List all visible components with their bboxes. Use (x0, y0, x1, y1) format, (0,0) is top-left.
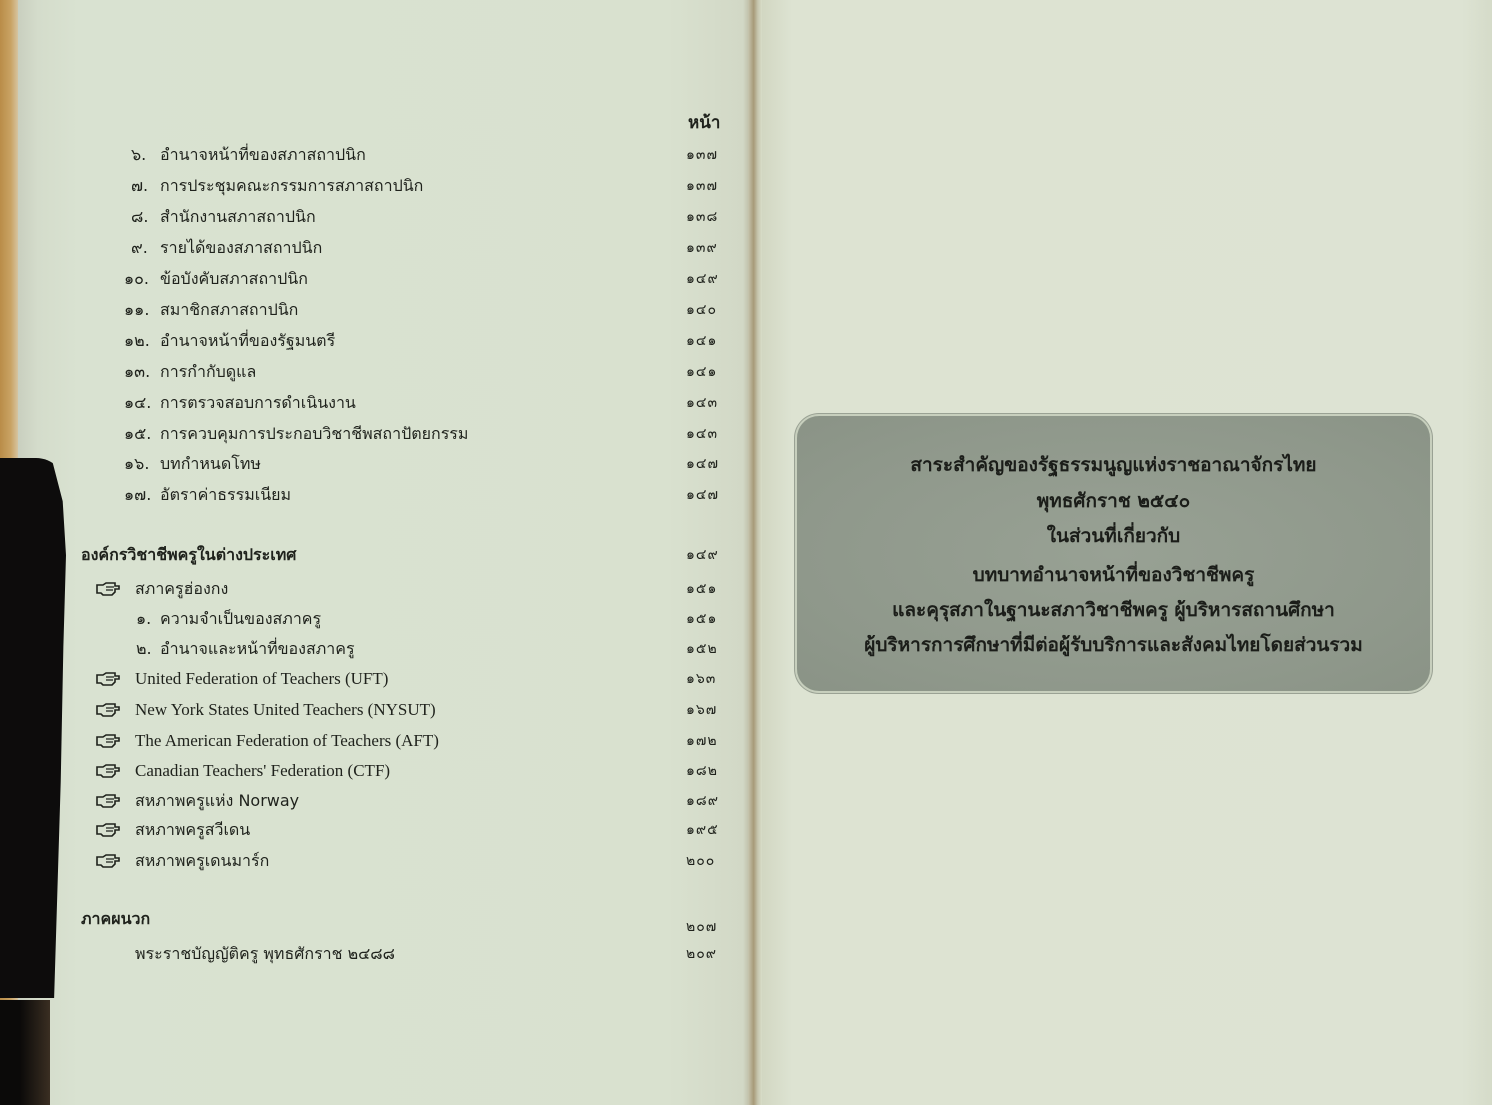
entry-number: ๑๖. (124, 451, 149, 477)
toc-entry: The American Federation of Teachers (AFT… (0, 728, 752, 754)
entry-number: ๗. (131, 173, 148, 199)
toc-entry: สหภาพครูสวีเดน ๑๙๕ (0, 817, 752, 843)
entry-number: ๑๓. (124, 359, 150, 385)
toc-entry: ๑๔. การตรวจสอบการดำเนินงาน ๑๔๓ (0, 390, 752, 416)
pointing-hand-icon (96, 854, 120, 868)
entry-label: การตรวจสอบการดำเนินงาน (160, 390, 356, 416)
section-page: ๒๐๗ (686, 914, 717, 940)
entry-page: ๑๓๙ (686, 235, 718, 261)
entry-label: สภาครูฮ่องกง (135, 576, 228, 602)
entry-label: สหภาพครูเดนมาร์ก (135, 848, 269, 874)
entry-label: United Federation of Teachers (UFT) (135, 666, 388, 692)
entry-label: พระราชบัญญัติครู พุทธศักราช ๒๔๘๘ (135, 941, 395, 967)
entry-page: ๑๓๗ (686, 173, 718, 199)
toc-entry: United Federation of Teachers (UFT) ๑๖๓ (0, 666, 752, 692)
entry-page: ๒๐๙ (686, 941, 717, 967)
entry-page: ๑๖๓ (686, 666, 716, 692)
entry-number: ๑๐. (124, 266, 149, 292)
entry-page: ๑๓๘ (686, 204, 718, 230)
section-page: ๑๔๙ (686, 542, 719, 568)
entry-label: อำนาจหน้าที่ของสภาสถาปนิก (160, 142, 366, 168)
toc-entry: พระราชบัญญัติครู พุทธศักราช ๒๔๘๘ ๒๐๙ (0, 941, 752, 967)
entry-label: สำนักงานสภาสถาปนิก (160, 204, 316, 230)
toc-entry: ๗. การประชุมคณะกรรมการสภาสถาปนิก ๑๓๗ (0, 173, 752, 199)
entry-page: ๑๔๙ (686, 266, 719, 292)
entry-number: ๘. (131, 204, 148, 230)
entry-page: ๑๖๗ (686, 697, 717, 723)
title-line-2: พุทธศักราช ๒๕๔๐ (797, 486, 1430, 516)
entry-label: ข้อบังคับสภาสถาปนิก (160, 266, 308, 292)
toc-entry: สหภาพครูแห่ง Norway ๑๘๙ (0, 788, 752, 814)
entry-page: ๑๔๗ (686, 451, 719, 477)
entry-number: ๙. (131, 235, 148, 261)
entry-page: ๑๘๒ (686, 758, 718, 784)
entry-label: รายได้ของสภาสถาปนิก (160, 235, 322, 261)
toc-entry: ๑. ความจำเป็นของสภาครู ๑๕๑ (0, 606, 752, 632)
toc-entry: New York States United Teachers (NYSUT) … (0, 697, 752, 723)
entry-page: ๑๘๙ (686, 788, 719, 814)
pointing-hand-icon (96, 582, 120, 596)
toc-entry: ๖. อำนาจหน้าที่ของสภาสถาปนิก ๑๓๗ (0, 142, 752, 168)
toc-entry: ๑๑. สมาชิกสภาสถาปนิก ๑๔๐ (0, 297, 752, 323)
toc-entry: สภาครูฮ่องกง ๑๕๑ (0, 576, 752, 602)
entry-label: การควบคุมการประกอบวิชาชีพสถาปัตยกรรม (160, 421, 468, 447)
title-line-1: สาระสำคัญของรัฐธรรมนูญแห่งราชอาณาจักรไทย (797, 450, 1430, 480)
entry-number: ๑. (136, 606, 151, 632)
entry-label: อัตราค่าธรรมเนียม (160, 482, 291, 508)
entry-label: สหภาพครูสวีเดน (135, 817, 250, 843)
toc-entry: ๑๒. อำนาจหน้าที่ของรัฐมนตรี ๑๔๑ (0, 328, 752, 354)
toc-entry: ๙. รายได้ของสภาสถาปนิก ๑๓๙ (0, 235, 752, 261)
entry-label: การกำกับดูแล (160, 359, 256, 385)
toc-entry: ๑๕. การควบคุมการประกอบวิชาชีพสถาปัตยกรรม… (0, 421, 752, 447)
entry-page: ๑๔๓ (686, 390, 718, 416)
title-box: สาระสำคัญของรัฐธรรมนูญแห่งราชอาณาจักรไทย… (797, 416, 1430, 691)
entry-number: ๒. (136, 636, 152, 662)
entry-page: ๑๕๒ (686, 636, 718, 662)
entry-page: ๒๐๐ (686, 848, 715, 874)
entry-number: ๑๔. (124, 390, 151, 416)
entry-label: บทกำหนดโทษ (160, 451, 261, 477)
entry-label: สมาชิกสภาสถาปนิก (160, 297, 298, 323)
title-line-6: ผู้บริหารการศึกษาที่มีต่อผู้รับบริการและ… (797, 630, 1430, 660)
entry-page: ๑๔๗ (686, 482, 719, 508)
title-line-4: บทบาทอำนาจหน้าที่ของวิชาชีพครู (797, 560, 1430, 590)
entry-page: ๑๔๑ (686, 359, 717, 385)
entry-label: New York States United Teachers (NYSUT) (135, 697, 436, 723)
title-line-3: ในส่วนที่เกี่ยวกับ (797, 521, 1430, 551)
section-title: องค์กรวิชาชีพครูในต่างประเทศ (81, 542, 296, 568)
entry-number: ๑๒. (124, 328, 150, 354)
page-column-header: หน้า (688, 109, 720, 136)
entry-page: ๑๕๑ (686, 576, 717, 602)
entry-label: การประชุมคณะกรรมการสภาสถาปนิก (160, 173, 423, 199)
toc-entry: ๒. อำนาจและหน้าที่ของสภาครู ๑๕๒ (0, 636, 752, 662)
entry-label: Canadian Teachers' Federation (CTF) (135, 758, 390, 784)
entry-label: อำนาจหน้าที่ของรัฐมนตรี (160, 328, 335, 354)
entry-label: The American Federation of Teachers (AFT… (135, 728, 439, 754)
entry-page: ๑๙๕ (686, 817, 719, 843)
entry-label: อำนาจและหน้าที่ของสภาครู (160, 636, 355, 662)
entry-page: ๑๔๑ (686, 328, 717, 354)
toc-entry: สหภาพครูเดนมาร์ก ๒๐๐ (0, 848, 752, 874)
entry-page: ๑๓๗ (686, 142, 718, 168)
toc-entry: Canadian Teachers' Federation (CTF) ๑๘๒ (0, 758, 752, 784)
pointing-hand-icon (96, 764, 120, 778)
toc-section-appendix: ภาคผนวก ๒๐๗ (0, 906, 752, 932)
toc-entry: ๑๐. ข้อบังคับสภาสถาปนิก ๑๔๙ (0, 266, 752, 292)
toc-entry: ๑๗. อัตราค่าธรรมเนียม ๑๔๗ (0, 482, 752, 508)
entry-number: ๑๗. (124, 482, 151, 508)
section-title: ภาคผนวก (81, 906, 150, 932)
entry-page: ๑๗๒ (686, 728, 718, 754)
entry-page: ๑๔๓ (686, 421, 718, 447)
pointing-hand-icon (96, 734, 120, 748)
entry-number: ๖. (131, 142, 146, 168)
toc-entry: ๑๖. บทกำหนดโทษ ๑๔๗ (0, 451, 752, 477)
toc-entry: ๑๓. การกำกับดูแล ๑๔๑ (0, 359, 752, 385)
entry-number: ๑๑. (124, 297, 149, 323)
entry-label: สหภาพครูแห่ง Norway (135, 788, 299, 814)
pointing-hand-icon (96, 703, 120, 717)
entry-page: ๑๕๑ (686, 606, 717, 632)
title-line-5: และคุรุสภาในฐานะสภาวิชาชีพครู ผู้บริหารส… (797, 595, 1430, 625)
pointing-hand-icon (96, 794, 120, 808)
pointing-hand-icon (96, 672, 120, 686)
table-of-contents: หน้า ๖. อำนาจหน้าที่ของสภาสถาปนิก ๑๓๗ ๗.… (0, 0, 752, 1105)
toc-section-foreign: องค์กรวิชาชีพครูในต่างประเทศ ๑๔๙ (0, 542, 752, 568)
entry-page: ๑๔๐ (686, 297, 717, 323)
toc-entry: ๘. สำนักงานสภาสถาปนิก ๑๓๘ (0, 204, 752, 230)
entry-label: ความจำเป็นของสภาครู (160, 606, 321, 632)
entry-number: ๑๕. (124, 421, 151, 447)
pointing-hand-icon (96, 823, 120, 837)
